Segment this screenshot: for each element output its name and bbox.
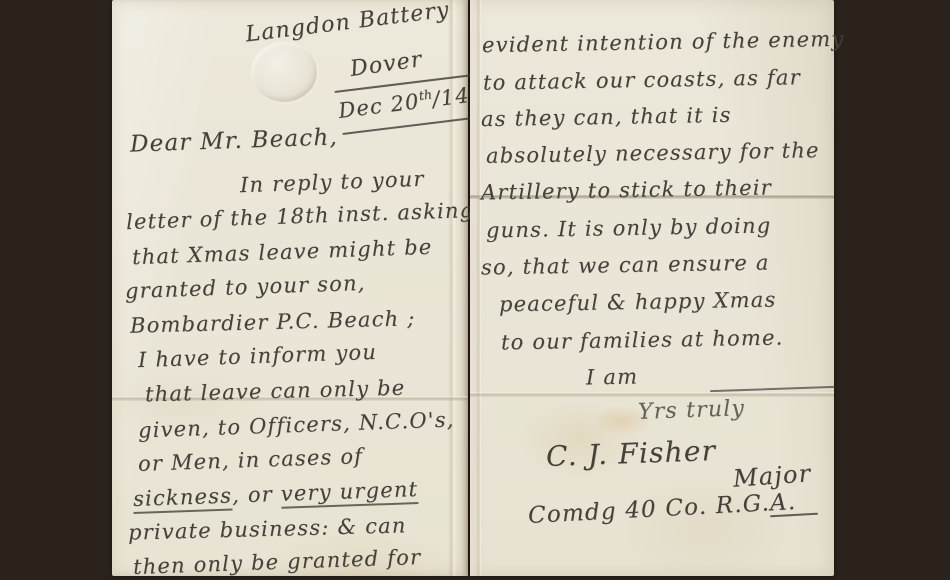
heading-battery: Langdon Battery — [244, 0, 451, 46]
signature-unit: Comdg 40 Co. R.G.A. — [528, 491, 797, 528]
handwriting-line: that leave can only be — [145, 378, 406, 406]
handwriting-line: Artillery to stick to their — [481, 177, 772, 203]
handwriting-line: to attack our coasts, as far — [483, 67, 801, 94]
handwriting-line: absolutely necessary for the — [486, 140, 820, 167]
handwriting-line: I have to inform you — [138, 342, 378, 371]
underlined-word: sickness — [133, 484, 233, 514]
salutation: Dear Mr. Beach, — [130, 126, 339, 156]
handwriting-fragment: , or — [232, 482, 282, 508]
fold-line — [476, 0, 482, 576]
handwriting-line: to our families at home. — [501, 328, 784, 354]
underlined-word: very urgent — [280, 477, 418, 509]
handwriting-line: private business: & can — [128, 515, 407, 543]
handwriting-line: peaceful & happy Xmas — [499, 290, 777, 316]
closing-line: I am — [586, 367, 639, 389]
signature-rank: Major — [732, 461, 812, 490]
handwriting-line: as they can, that it is — [481, 105, 732, 130]
handwriting-line: then only be granted for — [133, 547, 422, 578]
signature-name: C. J. Fisher — [546, 437, 717, 471]
handwriting-line: that Xmas leave might be — [132, 237, 433, 268]
date-prefix: Dec 20 — [337, 89, 421, 123]
photo-background: Langdon Battery Dover Dec 20th/14 Dear M… — [0, 0, 950, 580]
date-suffix: /14 — [431, 83, 471, 111]
handwriting-line: or Men, in cases of — [138, 446, 364, 475]
handwriting-line: evident intention of the enemy — [482, 29, 845, 56]
handwriting-line-underlined: sickness, or very urgent — [133, 479, 419, 510]
handwriting-line: given, to Officers, N.C.O's, — [138, 409, 455, 441]
closing-line: Yrs truly — [638, 398, 746, 424]
handwriting-line: In reply to your — [240, 169, 425, 196]
handwriting-line: so, that we can ensure a — [481, 252, 770, 278]
handwriting-line: Bombardier P.C. Beach ; — [130, 308, 416, 336]
letter-page-right: evident intention of the enemy to attack… — [470, 0, 834, 576]
fold-line — [470, 392, 834, 397]
handwriting-line: guns. It is only by doing — [486, 216, 772, 242]
handwriting-line: letter of the 18th inst. asking — [126, 200, 475, 233]
letter-page-left: Langdon Battery Dover Dec 20th/14 Dear M… — [112, 0, 468, 576]
handwriting-line: granted to your son, — [125, 273, 366, 302]
heading-town: Dover — [349, 49, 424, 81]
embossed-seal-icon — [251, 42, 317, 102]
